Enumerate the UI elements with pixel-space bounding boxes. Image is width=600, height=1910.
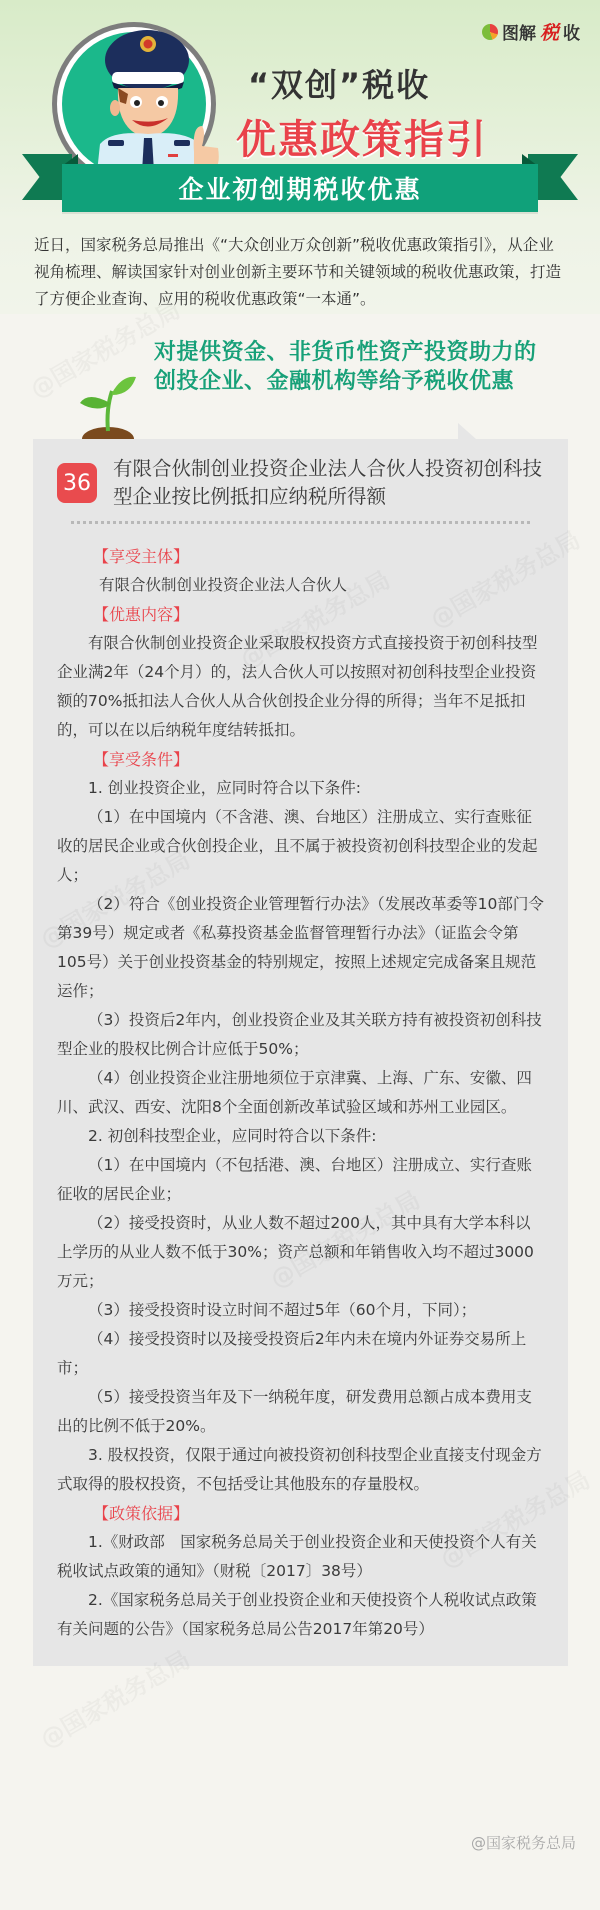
basis-item: 2.《国家税务总局关于创业投资企业和天使投资个人税收试点政策有关问题的公告》（国…: [47, 1586, 554, 1644]
brand-logo: 图解 税 收: [482, 18, 580, 45]
conditions-label: 【享受条件】: [47, 745, 554, 774]
beneficiary-label: 【享受主体】: [47, 542, 554, 571]
policy-number-badge: 36: [57, 463, 97, 503]
policy-header: 36 有限合伙制创业投资企业法人合伙人投资初创科技型企业按比例抵扣应纳税所得额: [47, 449, 554, 521]
basis-item: 1.《财政部 国家税务总局关于创业投资企业和天使投资个人有关税收试点政策的通知》…: [47, 1528, 554, 1586]
hero-banner: 图解 税 收 “双创”税收 优惠政策指引 企业初创期税收优惠: [0, 0, 600, 222]
condition-item: （3）接受投资时设立时间不超过5年（60个月，下同）；: [47, 1296, 554, 1325]
footer-credit: @国家税务总局: [471, 1832, 576, 1853]
condition-item: （1）在中国境内（不包括港、澳、台地区）注册成立、实行查账征收的居民企业；: [47, 1151, 554, 1209]
section-header: 对提供资金、非货币性资产投资助力的创投企业、金融机构等给予税收优惠: [0, 314, 600, 439]
title-line-1: “双创”税收: [248, 60, 430, 106]
tax-officer-illustration-icon: [82, 22, 232, 182]
beneficiary-text: 有限合伙制创业投资企业法人合伙人: [47, 571, 554, 600]
title-line-2: 优惠政策指引: [236, 108, 488, 165]
condition-item: 3. 股权投资，仅限于通过向被投资初创科技型企业直接支付现金方式取得的股权投资，…: [47, 1441, 554, 1499]
sprout-icon: [78, 369, 138, 441]
section-title: 对提供资金、非货币性资产投资助力的创投企业、金融机构等给予税收优惠: [154, 338, 554, 396]
condition-item: （4）接受投资时以及接受投资后2年内未在境内外证券交易所上市；: [47, 1325, 554, 1383]
condition-item: （1）在中国境内（不含港、澳、台地区）注册成立、实行查账征收的居民企业或合伙创投…: [47, 803, 554, 890]
condition-item: （5）接受投资当年及下一纳税年度，研发费用总额占成本费用支出的比例不低于20%。: [47, 1383, 554, 1441]
content-text: 有限合伙制创业投资企业采取股权投资方式直接投资于初创科技型企业满2年（24个月）…: [47, 629, 554, 745]
condition-item: 1. 创业投资企业，应同时符合以下条件:: [47, 774, 554, 803]
policy-title: 有限合伙制创业投资企业法人合伙人投资初创科技型企业按比例抵扣应纳税所得额: [113, 455, 543, 511]
content-label: 【优惠内容】: [47, 600, 554, 629]
pie-chart-icon: [482, 24, 498, 40]
ribbon-banner: 企业初创期税收优惠: [62, 164, 538, 212]
condition-item: （4）创业投资企业注册地须位于京津冀、上海、广东、安徽、四川、武汉、西安、沈阳8…: [47, 1064, 554, 1122]
condition-item: （2）符合《创业投资企业管理暂行办法》（发展改革委等10部门令第39号）规定或者…: [47, 890, 554, 1006]
policy-card: 36 有限合伙制创业投资企业法人合伙人投资初创科技型企业按比例抵扣应纳税所得额 …: [33, 439, 568, 1666]
basis-label: 【政策依据】: [47, 1499, 554, 1528]
condition-item: 2. 初创科技型企业，应同时符合以下条件:: [47, 1122, 554, 1151]
condition-item: （3）投资后2年内，创业投资企业及其关联方持有被投资初创科技型企业的股权比例合计…: [47, 1006, 554, 1064]
dotted-divider: [71, 521, 530, 524]
brand-logo-text: 图解: [502, 19, 536, 44]
card-notch: [458, 423, 476, 439]
condition-item: （2）接受投资时，从业人数不超过200人，其中具有大学本科以上学历的从业人数不低…: [47, 1209, 554, 1296]
brand-logo-suffix: 收: [563, 19, 580, 44]
brand-logo-emphasis: 税: [540, 18, 559, 45]
intro-text: 近日，国家税务总局推出《“大众创业万众创新”税收优惠政策指引》，从企业视角梳理、…: [0, 222, 600, 314]
